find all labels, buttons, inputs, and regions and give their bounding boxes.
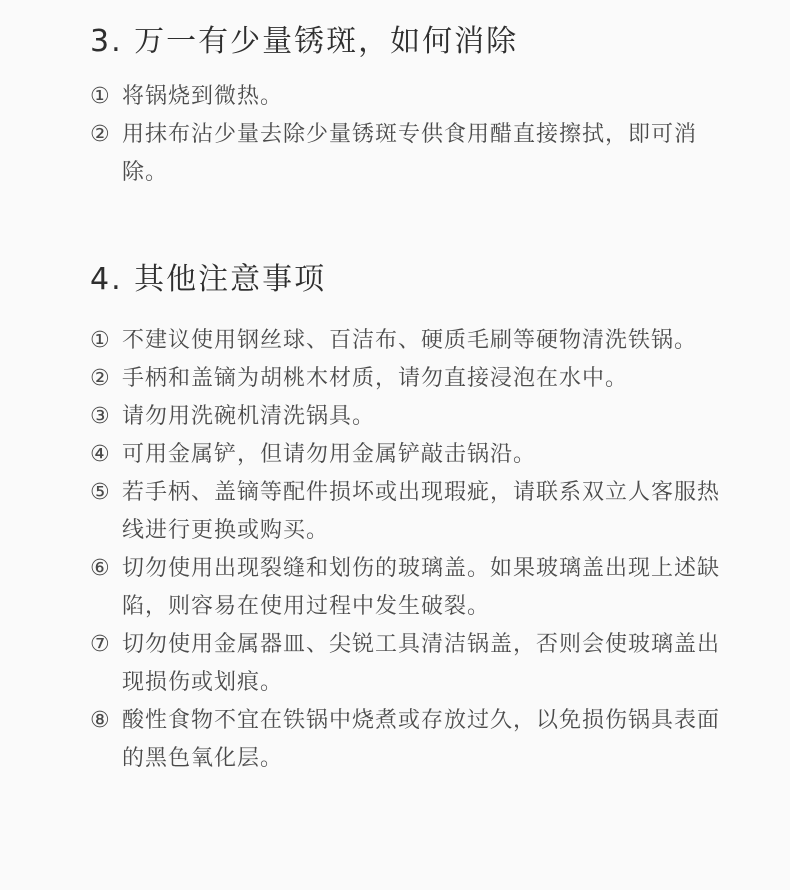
list-item: ③ 请勿用洗碗机清洗锅具。 — [90, 398, 762, 436]
item-number: ⑥ — [90, 550, 122, 626]
list-item: ① 将锅烧到微热。 — [90, 78, 722, 116]
item-number: ① — [90, 322, 122, 360]
instruction-list: ① 将锅烧到微热。 ② 用抹布沾少量去除少量锈斑专供食用醋直接擦拭，即可消除。 — [90, 78, 722, 192]
item-number: ③ — [90, 398, 122, 436]
item-number: ② — [90, 360, 122, 398]
item-text: 请勿用洗碗机清洗锅具。 — [122, 398, 722, 436]
item-number: ② — [90, 116, 122, 192]
item-text: 用抹布沾少量去除少量锈斑专供食用醋直接擦拭，即可消除。 — [122, 116, 722, 192]
list-item: ⑥ 切勿使用出现裂缝和划伤的玻璃盖。如果玻璃盖出现上述缺陷，则容易在使用过程中发… — [90, 550, 762, 626]
item-number: ⑦ — [90, 626, 122, 702]
list-item: ② 手柄和盖镝为胡桃木材质，请勿直接浸泡在水中。 — [90, 360, 762, 398]
item-text: 可用金属铲，但请勿用金属铲敲击锅沿。 — [122, 436, 722, 474]
list-item: ⑦ 切勿使用金属器皿、尖锐工具清洁锅盖，否则会使玻璃盖出现损伤或划痕。 — [90, 626, 762, 702]
item-number: ⑤ — [90, 474, 122, 550]
section-heading: 3. 万一有少量锈斑，如何消除 — [90, 22, 722, 62]
item-text: 若手柄、盖镝等配件损坏或出现瑕疵，请联系双立人客服热线进行更换或购买。 — [122, 474, 722, 550]
notes-list: ① 不建议使用钢丝球、百洁布、硬质毛刷等硬物清洗铁锅。 ② 手柄和盖镝为胡桃木材… — [90, 322, 762, 778]
section-other-notes: 4. 其他注意事项 ① 不建议使用钢丝球、百洁布、硬质毛刷等硬物清洗铁锅。 ② … — [90, 260, 762, 778]
section-heading: 4. 其他注意事项 — [90, 260, 762, 300]
item-text: 切勿使用金属器皿、尖锐工具清洁锅盖，否则会使玻璃盖出现损伤或划痕。 — [122, 626, 722, 702]
item-text: 不建议使用钢丝球、百洁布、硬质毛刷等硬物清洗铁锅。 — [122, 322, 762, 360]
item-text: 手柄和盖镝为胡桃木材质，请勿直接浸泡在水中。 — [122, 360, 722, 398]
list-item: ④ 可用金属铲，但请勿用金属铲敲击锅沿。 — [90, 436, 762, 474]
item-text: 切勿使用出现裂缝和划伤的玻璃盖。如果玻璃盖出现上述缺陷，则容易在使用过程中发生破… — [122, 550, 722, 626]
item-number: ④ — [90, 436, 122, 474]
list-item: ⑧ 酸性食物不宜在铁锅中烧煮或存放过久，以免损伤锅具表面的黑色氧化层。 — [90, 702, 762, 778]
list-item: ② 用抹布沾少量去除少量锈斑专供食用醋直接擦拭，即可消除。 — [90, 116, 722, 192]
list-item: ① 不建议使用钢丝球、百洁布、硬质毛刷等硬物清洗铁锅。 — [90, 322, 762, 360]
item-number: ⑧ — [90, 702, 122, 778]
item-number: ① — [90, 78, 122, 116]
item-text: 将锅烧到微热。 — [122, 78, 722, 116]
list-item: ⑤ 若手柄、盖镝等配件损坏或出现瑕疵，请联系双立人客服热线进行更换或购买。 — [90, 474, 762, 550]
section-rust-removal: 3. 万一有少量锈斑，如何消除 ① 将锅烧到微热。 ② 用抹布沾少量去除少量锈斑… — [90, 22, 722, 192]
item-text: 酸性食物不宜在铁锅中烧煮或存放过久，以免损伤锅具表面的黑色氧化层。 — [122, 702, 722, 778]
